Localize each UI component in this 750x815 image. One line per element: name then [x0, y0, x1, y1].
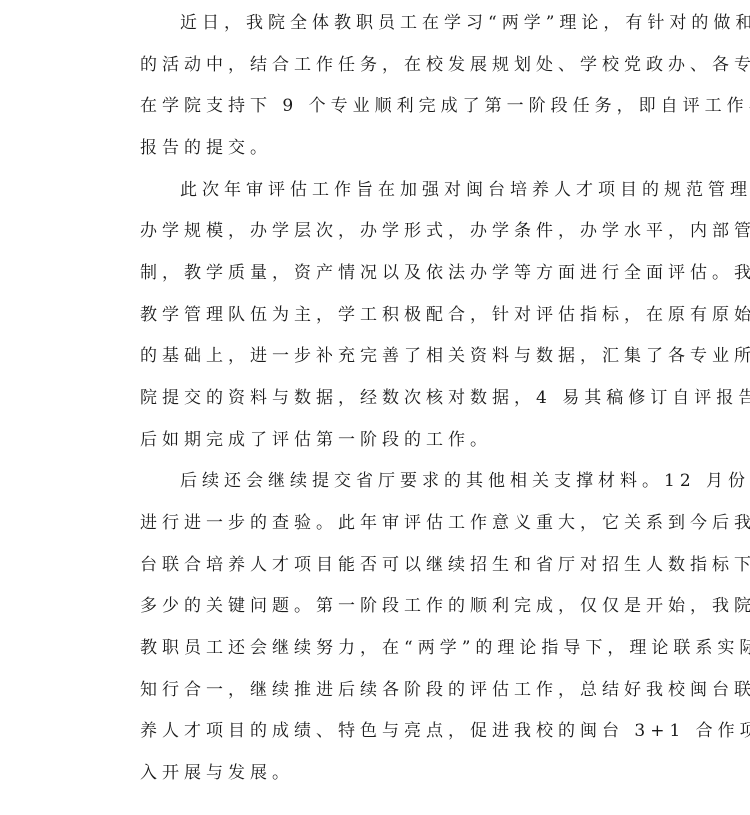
paragraph-1: 近日，我院全体教职员工在学习“两学”理论，有针对的做和改 的活动中，结合工作任务… — [100, 3, 654, 170]
paragraph-3: 后续还会继续提交省厅要求的其他相关支撑材料。12 月份，将 进行进一步的查验。此… — [100, 461, 654, 794]
text-line: 近日，我院全体教职员工在学习“两学”理论，有针对的做和改 — [100, 3, 654, 45]
text-line: 报告的提交。 — [100, 128, 654, 170]
text-line: 的基础上，进一步补充完善了相关资料与数据，汇集了各专业所在学 — [100, 336, 654, 378]
text-line: 此次年审评估工作旨在加强对闽台培养人才项目的规范管理，从 — [100, 170, 654, 212]
text-line: 入开展与发展。 — [100, 753, 654, 795]
text-line: 在学院支持下 9 个专业顺利完成了第一阶段任务，即自评工作与自评 — [100, 86, 654, 128]
text-line: 台联合培养人才项目能否可以继续招生和省厅对招生人数指标下达 — [100, 545, 654, 587]
text-line: 养人才项目的成绩、特色与亮点，促进我校的闽台 3+1 合作项目的深 — [100, 711, 654, 753]
text-line: 后如期完成了评估第一阶段的工作。 — [100, 420, 654, 462]
text-line: 的活动中，结合工作任务，在校发展规划处、学校党政办、各专业所 — [100, 45, 654, 87]
text-line: 院提交的资料与数据，经数次核对数据，4 易其稿修订自评报告，最 — [100, 378, 654, 420]
text-line: 办学规模，办学层次，办学形式，办学条件，办学水平，内部管理体 — [100, 211, 654, 253]
text-line: 教学管理队伍为主，学工积极配合，针对评估指标，在原有原始资料 — [100, 295, 654, 337]
paragraph-2: 此次年审评估工作旨在加强对闽台培养人才项目的规范管理，从 办学规模，办学层次，办… — [100, 170, 654, 462]
document-body: 近日，我院全体教职员工在学习“两学”理论，有针对的做和改 的活动中，结合工作任务… — [100, 3, 654, 795]
text-line: 知行合一，继续推进后续各阶段的评估工作，总结好我校闽台联合培 — [100, 670, 654, 712]
text-line: 进行进一步的查验。此年审评估工作意义重大，它关系到今后我院闽 — [100, 503, 654, 545]
text-line: 后续还会继续提交省厅要求的其他相关支撑材料。12 月份，将 — [100, 461, 654, 503]
text-line: 教职员工还会继续努力，在“两学”的理论指导下，理论联系实际， — [100, 628, 654, 670]
text-line: 制，教学质量，资产情况以及依法办学等方面进行全面评估。我院以 — [100, 253, 654, 295]
text-line: 多少的关键问题。第一阶段工作的顺利完成，仅仅是开始，我院全体 — [100, 586, 654, 628]
